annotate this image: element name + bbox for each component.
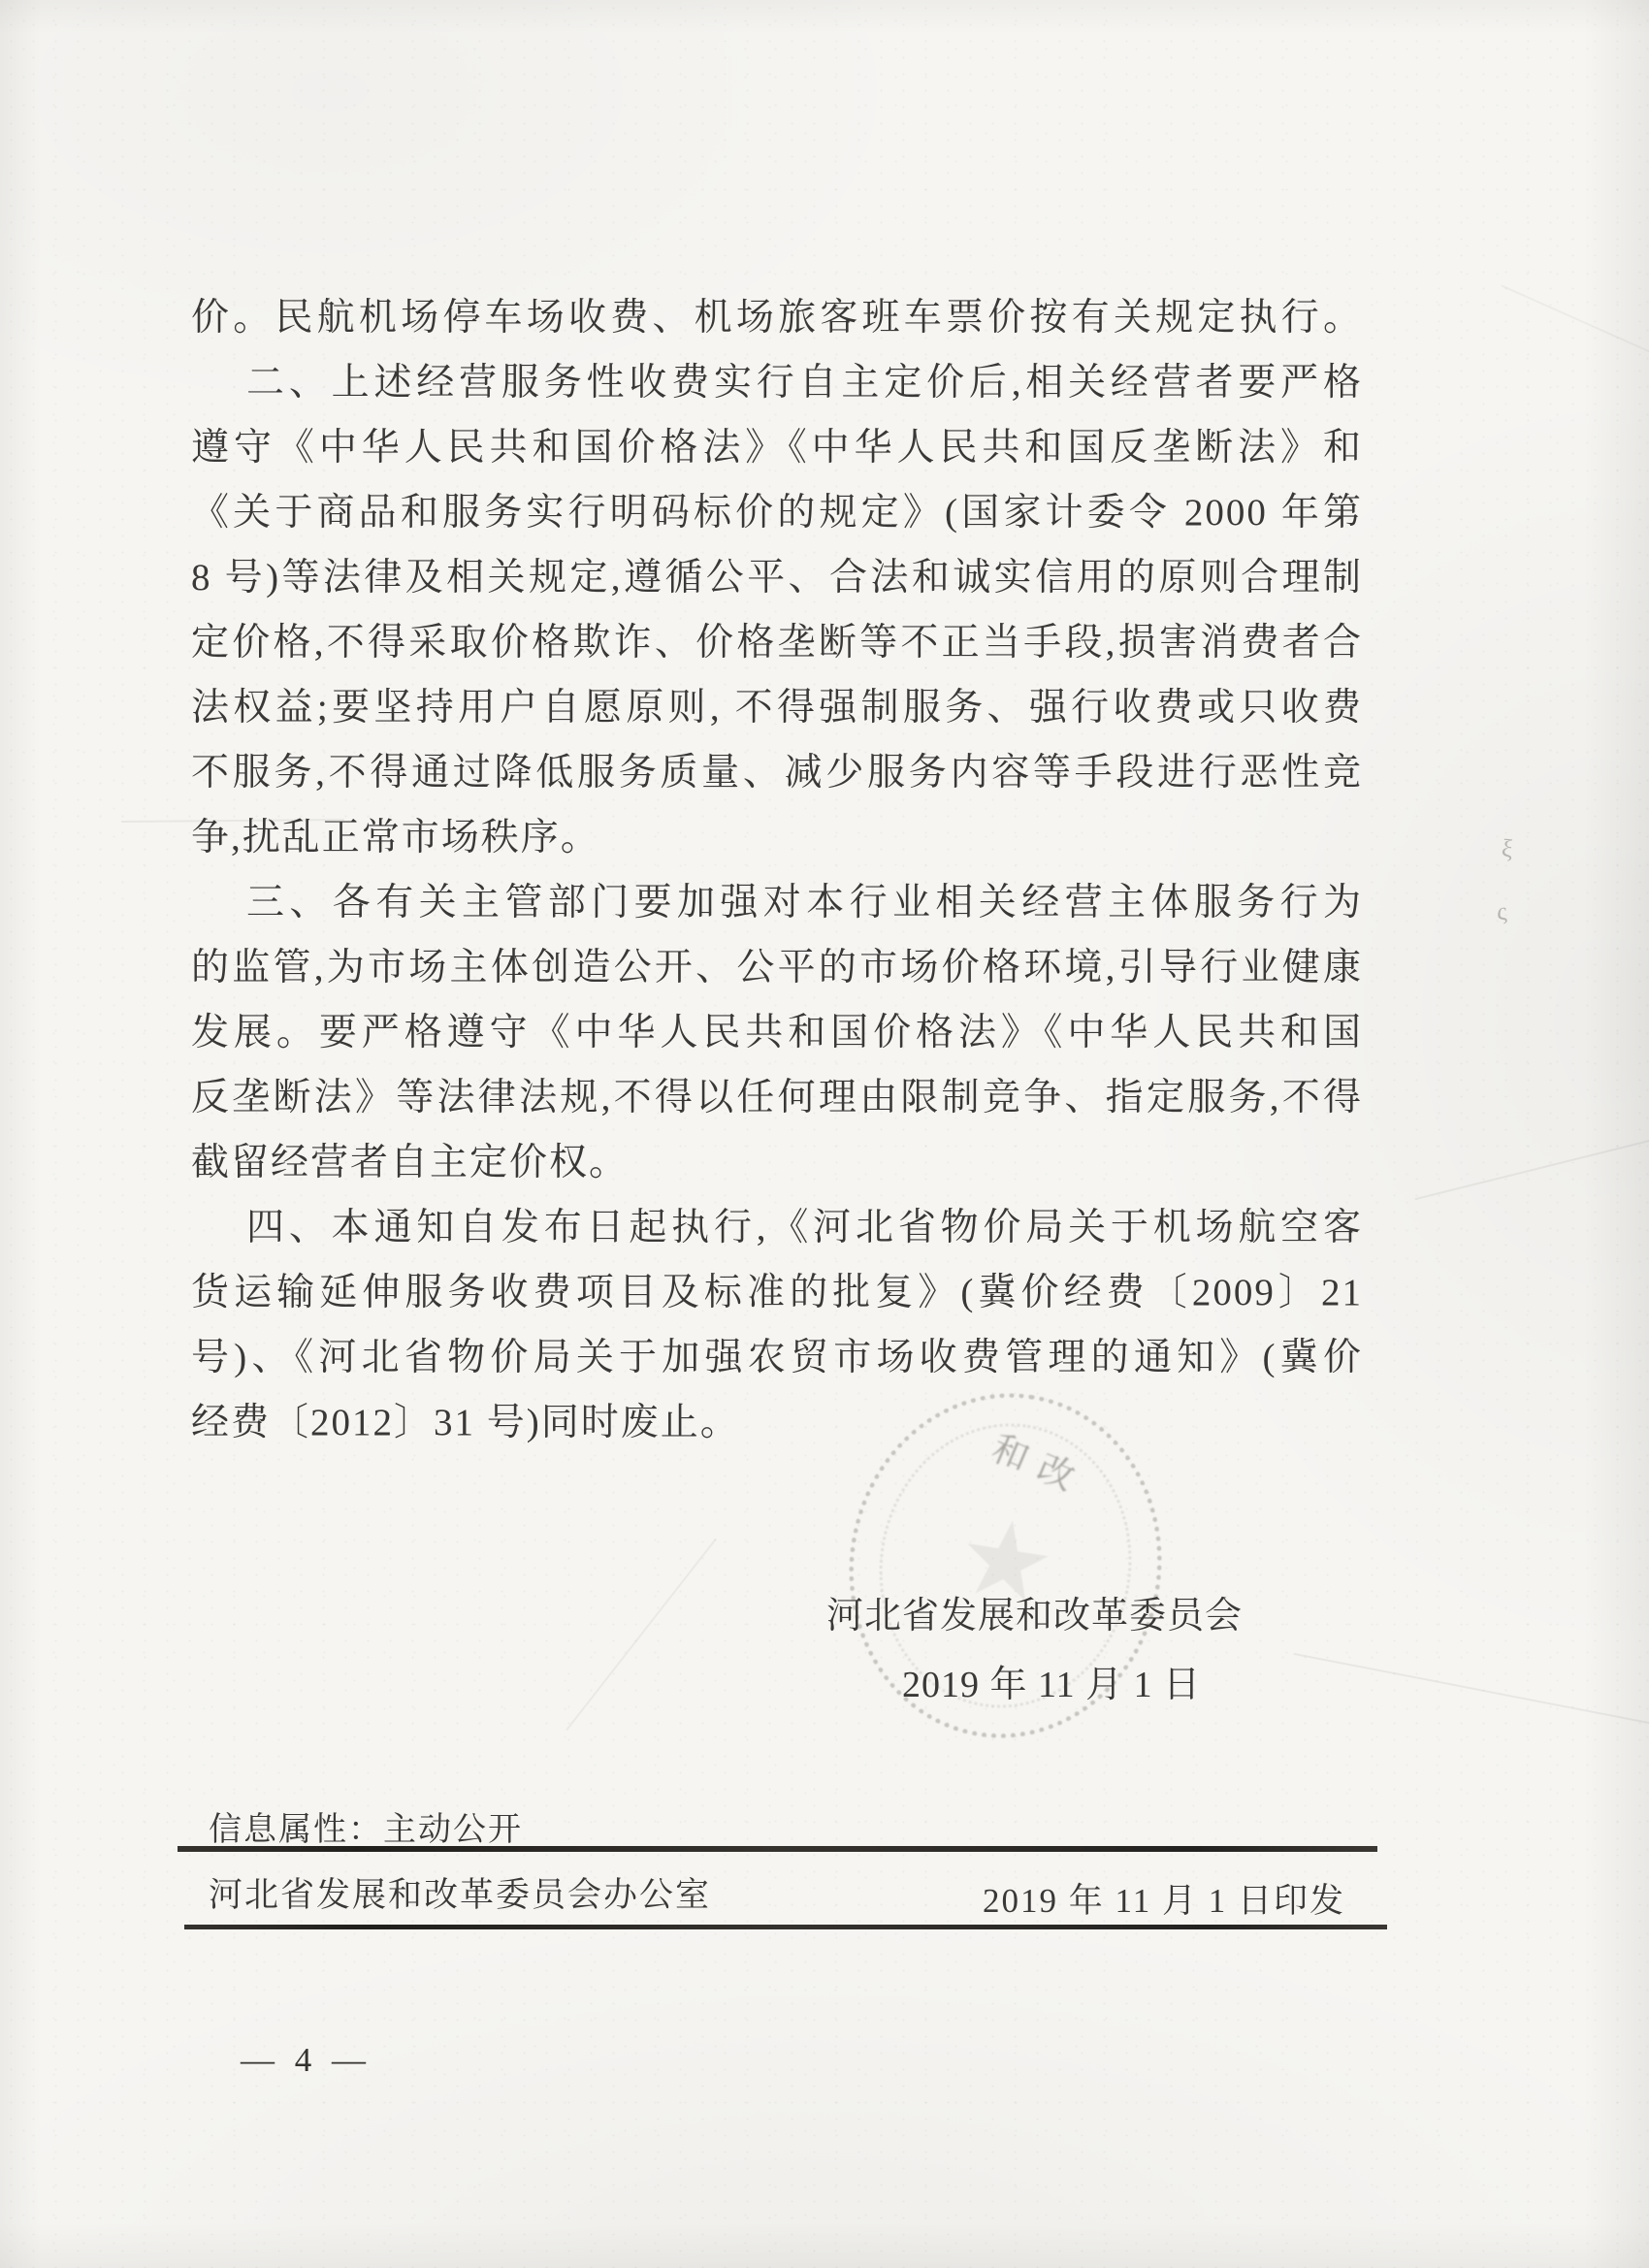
body-line: 法权益;要坚持用户自愿原则, 不得强制服务、强行收费或只收费	[191, 675, 1363, 740]
body-line: 《关于商品和服务实行明码标价的规定》(国家计委令 2000 年第	[191, 480, 1363, 545]
scan-artifact: ξ	[1500, 833, 1514, 863]
paper-crease	[1414, 1140, 1649, 1200]
body-line: 8 号)等法律及相关规定,遵循公平、合法和诚实信用的原则合理制	[191, 545, 1363, 610]
body-line: 不服务,不得通过降低服务质量、减少服务内容等手段进行恶性竞	[191, 740, 1363, 805]
body-line: 三、各有关主管部门要加强对本行业相关经营主体服务行为	[191, 870, 1363, 935]
body-line: 二、上述经营服务性收费实行自主定价后,相关经营者要严格	[191, 350, 1363, 415]
body-line: 号)、《河北省物价局关于加强农贸市场收费管理的通知》(冀价	[191, 1325, 1363, 1390]
body-line: 定价格,不得采取价格欺诈、价格垄断等不正当手段,损害消费者合	[191, 610, 1363, 675]
body-line: 截留经营者自主定价权。	[191, 1130, 1363, 1195]
page-number: — 4 —	[241, 2041, 372, 2080]
paper-crease	[1501, 284, 1649, 357]
body-line: 经费〔2012〕31 号)同时废止。	[191, 1390, 1363, 1455]
body-line: 的监管,为市场主体创造公开、公平的市场价格环境,引导行业健康	[191, 935, 1363, 1000]
body-line: 四、本通知自发布日起执行,《河北省物价局关于机场航空客	[191, 1195, 1363, 1260]
print-date: 2019 年 11 月 1 日印发	[983, 1874, 1345, 1923]
paper-crease	[566, 1539, 716, 1731]
paper-crease	[1293, 1653, 1649, 1729]
body-line: 反垄断法》等法律法规,不得以任何理由限制竞争、指定服务,不得	[191, 1065, 1363, 1130]
body-line: 货运输延伸服务收费项目及标准的批复》(冀价经费〔2009〕21	[191, 1260, 1363, 1325]
body-line: 发展。要严格遵守《中华人民共和国价格法》《中华人民共和国	[191, 1000, 1363, 1065]
scan-artifact: ς	[1496, 897, 1507, 927]
body-text-block: 价。民航机场停车场收费、机场旅客班车票价按有关规定执行。 二、上述经营服务性收费…	[191, 285, 1363, 1455]
issuing-office: 河北省发展和改革委员会办公室	[209, 1868, 711, 1917]
footer-divider-bottom	[184, 1925, 1387, 1929]
body-line: 争,扰乱正常市场秩序。	[191, 805, 1363, 870]
body-line: 遵守《中华人民共和国价格法》《中华人民共和国反垄断法》和	[191, 415, 1363, 480]
info-attribute-line: 信息属性：主动公开	[209, 1802, 523, 1850]
signature-organization: 河北省发展和改革委员会	[826, 1585, 1243, 1638]
signature-date: 2019 年 11 月 1 日	[902, 1654, 1201, 1707]
body-line: 价。民航机场停车场收费、机场旅客班车票价按有关规定执行。	[191, 285, 1363, 350]
footer-divider-top	[178, 1846, 1377, 1852]
document-page: 价。民航机场停车场收费、机场旅客班车票价按有关规定执行。 二、上述经营服务性收费…	[0, 0, 1649, 2268]
